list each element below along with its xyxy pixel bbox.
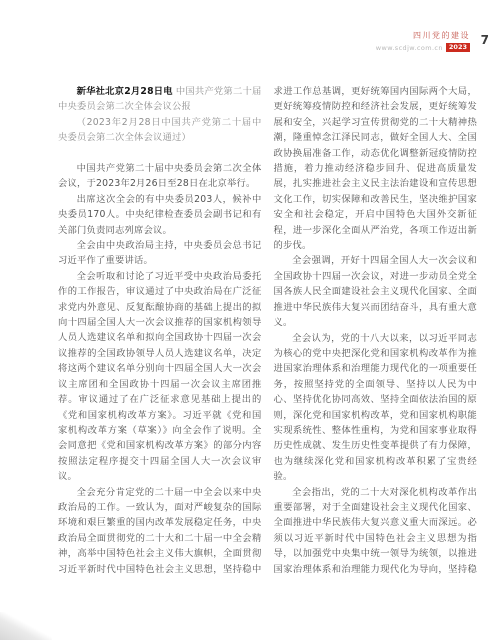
page-corner-fold [0, 612, 52, 640]
article-paragraph: 中国共产党第二十届中央委员会第二次全体会议，于2023年2月26日至28日在北京… [58, 161, 262, 192]
magazine-website: www.scdjw.com.cn [376, 44, 443, 52]
article-body: 新华社北京2月28日电中国共产党第二十届中央委员会第二次全体会议公报 （2023… [58, 84, 477, 590]
article-paragraph: 全会由中央政治局主持，中央委员会总书记习近平作了重要讲话。 [58, 238, 262, 269]
magazine-title: 四川党的建设 [376, 31, 470, 41]
article-subtitle: （2023年2月28日中国共产党第二十届中央委员会第二次全体会议通过） [58, 115, 262, 146]
magazine-page: 四川党的建设 www.scdjw.com.cn 2023 7 新华社北京2月28… [0, 0, 503, 640]
header-meta-row: www.scdjw.com.cn 2023 [376, 43, 470, 52]
article-paragraph: 出席这次全会的有中央委员203人，候补中央委员170人。中央纪律检查委员会副书记… [58, 192, 262, 238]
article-paragraph: 全会认为，党的十八大以来，以习近平同志为核心的党中央把深化党和国家机构改革作为推… [274, 331, 478, 485]
page-header: 四川党的建设 www.scdjw.com.cn 2023 [376, 31, 470, 52]
dateline: 新华社北京2月28日电 [77, 86, 173, 97]
page-number: 7 [481, 33, 489, 47]
article-paragraph: 全会强调，开好十四届全国人大一次会议和全国政协十四届一次会议，对进一步动员全党全… [274, 253, 478, 330]
article-title: 新华社北京2月28日电中国共产党第二十届中央委员会第二次全体会议公报 [58, 84, 262, 115]
article-paragraphs: 中国共产党第二十届中央委员会第二次全体会议，于2023年2月26日至28日在北京… [58, 84, 477, 590]
year-badge: 2023 [446, 43, 470, 52]
article-paragraph: 全会听取和讨论了习近平受中央政治局委托作的工作报告，审议通过了中央政治局在广泛征… [58, 269, 262, 485]
